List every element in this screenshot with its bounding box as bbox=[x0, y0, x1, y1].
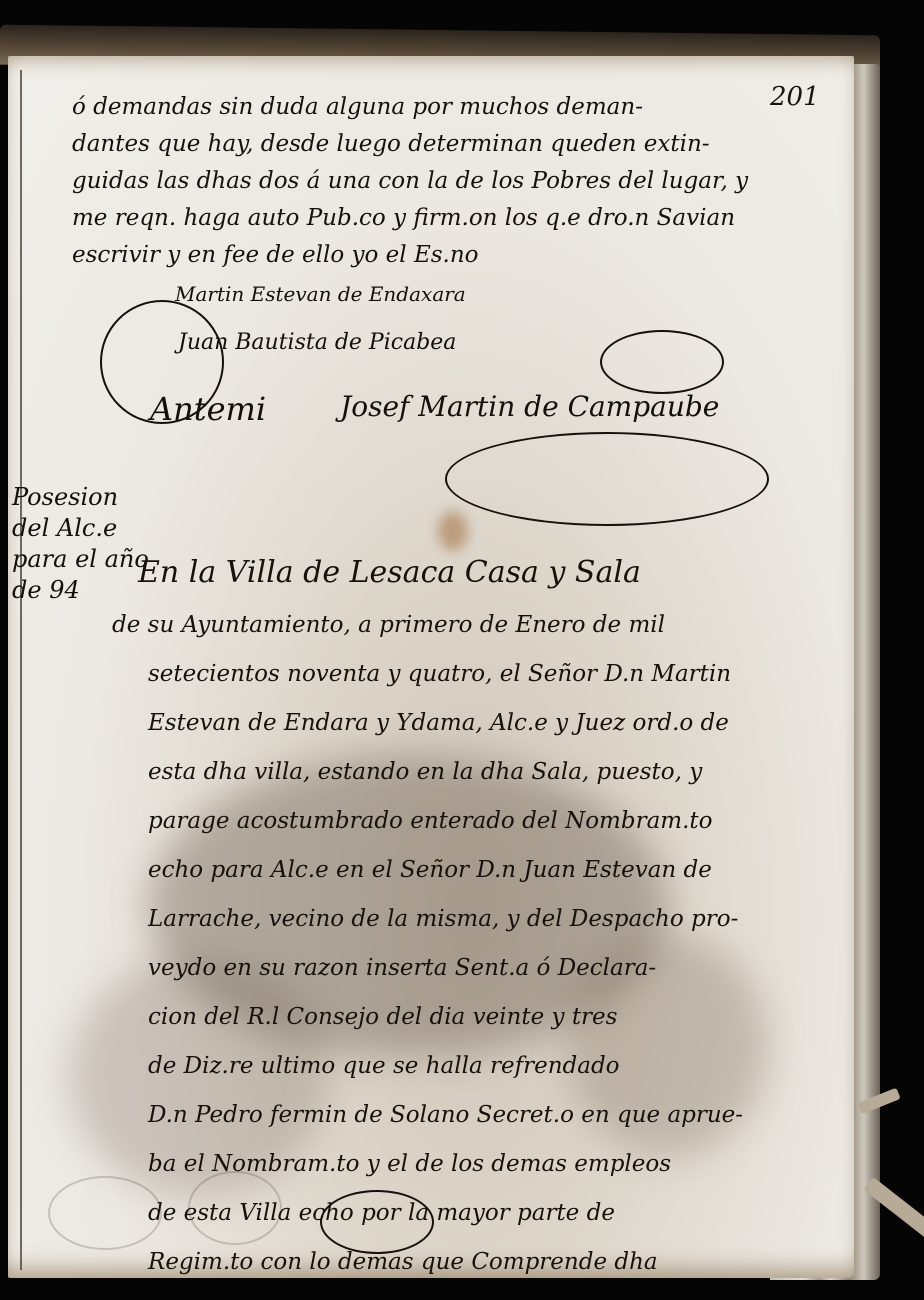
text-line: ó demandas sin duda alguna por muchos de… bbox=[72, 96, 772, 119]
top-paragraph: ó demandas sin duda alguna por muchos de… bbox=[72, 96, 772, 267]
text-line: ba el Nombram.to y el de los demas emple… bbox=[148, 1153, 768, 1176]
main-paragraph: En la Villa de Lesaca Casa y Sala de su … bbox=[148, 558, 768, 1274]
margin-note-line: para el año bbox=[12, 544, 149, 575]
text-line: veydo en su razon inserta Sent.a ó Decla… bbox=[148, 957, 768, 980]
text-line: cion del R.l Consejo del dia veinte y tr… bbox=[148, 1006, 768, 1029]
text-line: Larrache, vecino de la misma, y del Desp… bbox=[148, 908, 768, 931]
margin-note: Posesion del Alc.e para el año de 94 bbox=[12, 482, 149, 606]
binding-gutter bbox=[20, 70, 22, 1270]
text-line: de Diz.re ultimo que se halla refrendado bbox=[148, 1055, 768, 1078]
text-line: Regim.to con lo demas que Comprende dha bbox=[148, 1251, 768, 1274]
text-line: Estevan de Endara y Ydama, Alc.e y Juez … bbox=[148, 712, 768, 735]
text-line: de su Ayuntamiento, a primero de Enero d… bbox=[112, 614, 768, 637]
text-line: D.n Pedro fermin de Solano Secret.o en q… bbox=[148, 1104, 768, 1127]
margin-note-line: de 94 bbox=[12, 575, 149, 606]
text-line: escrivir y en fee de ello yo el Es.no bbox=[72, 244, 772, 267]
signature-flourish bbox=[100, 300, 224, 424]
signature-martin-estevan: Martin Estevan de Endaxara bbox=[175, 282, 466, 306]
folio-number: 201 bbox=[770, 82, 820, 112]
margin-note-line: del Alc.e bbox=[12, 513, 149, 544]
margin-note-line: Posesion bbox=[12, 482, 149, 513]
bleed-through-flourish bbox=[48, 1176, 162, 1250]
text-line: setecientos noventa y quatro, el Señor D… bbox=[148, 663, 768, 686]
text-line: de esta Villa echo por la mayor parte de bbox=[148, 1202, 768, 1225]
signature-flourish bbox=[600, 330, 724, 394]
text-line: esta dha villa, estando en la dha Sala, … bbox=[148, 761, 768, 784]
text-line: me reqn. haga auto Pub.co y firm.on los … bbox=[72, 207, 772, 230]
signature-josef-martin: Josef Martin de Campaube bbox=[340, 390, 719, 423]
text-line: guidas las dhas dos á una con la de los … bbox=[72, 170, 772, 193]
text-line: En la Villa de Lesaca Casa y Sala bbox=[138, 558, 768, 588]
text-line: dantes que hay, desde luego determinan q… bbox=[72, 133, 772, 156]
signature-flourish bbox=[445, 432, 769, 526]
ink-stain bbox=[438, 511, 468, 551]
text-line: parage acostumbrado enterado del Nombram… bbox=[148, 810, 768, 833]
text-line: echo para Alc.e en el Señor D.n Juan Est… bbox=[148, 859, 768, 882]
